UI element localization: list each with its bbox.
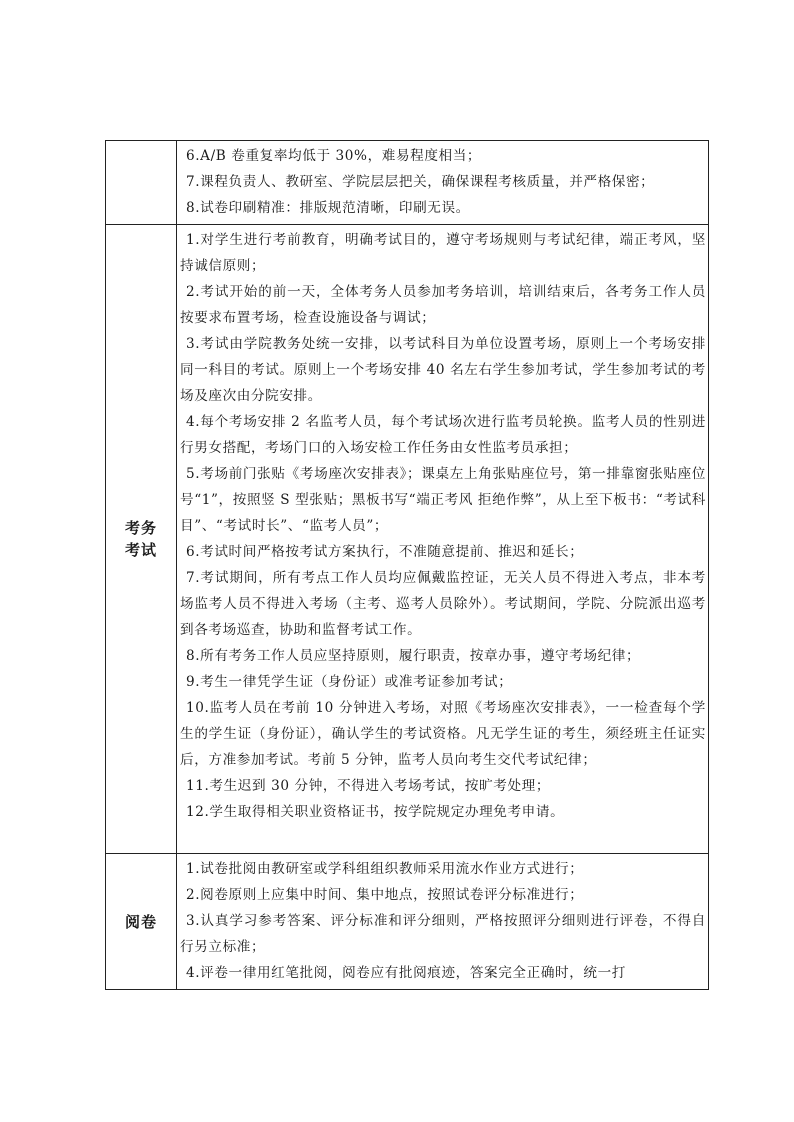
list-item: 4.评卷一律用红笔批阅，阅卷应有批阅痕迹，答案完全正确时，统一打 (180, 960, 706, 986)
table-row-grading: 阅卷 1.试卷批阅由教研室或学科组组织教师采用流水作业方式进行； 2.阅卷原则上… (106, 854, 709, 990)
list-item: 5.考场前门张贴《考场座次安排表》；课桌左上角张贴座位号，第一排靠窗张贴座位号“… (180, 461, 706, 539)
row-label-line: 考试 (106, 539, 176, 561)
list-item: 1.对学生进行考前教育，明确考试目的，遵守考场规则与考试纪律，端正考风，坚持诚信… (180, 227, 706, 279)
table-row-paper-preparation: 6.A/B 卷重复率均低于 30%，难易程度相当； 7.课程负责人、教研室、学院… (106, 141, 709, 225)
table-row-exam-affairs: 考务 考试 1.对学生进行考前教育，明确考试目的，遵守考场规则与考试纪律，端正考… (106, 225, 709, 854)
row-label-exam-affairs: 考务 考试 (106, 225, 177, 854)
list-item: 12.学生取得相关职业资格证书，按学院规定办理免考申请。 (180, 799, 706, 825)
row-content: 6.A/B 卷重复率均低于 30%，难易程度相当； 7.课程负责人、教研室、学院… (177, 141, 709, 225)
list-item: 2.考试开始的前一天，全体考务人员参加考务培训，培训结束后，各考务工作人员按要求… (180, 279, 706, 331)
list-item: 3.认真学习参考答案、评分标准和评分细则，严格按照评分细则进行评卷，不得自行另立… (180, 908, 706, 960)
row-label-line: 考务 (106, 517, 176, 539)
row-content: 1.对学生进行考前教育，明确考试目的，遵守考场规则与考试纪律，端正考风，坚持诚信… (177, 225, 709, 854)
row-label-empty (106, 141, 177, 225)
exam-procedure-table: 6.A/B 卷重复率均低于 30%，难易程度相当； 7.课程负责人、教研室、学院… (105, 140, 709, 990)
list-item: 11.考生迟到 30 分钟，不得进入考场考试，按旷考处理； (180, 773, 706, 799)
list-item: 6.考试时间严格按考试方案执行，不准随意提前、推迟和延长； (180, 539, 706, 565)
list-item: 1.试卷批阅由教研室或学科组组织教师采用流水作业方式进行； (180, 856, 706, 882)
list-item: 4.每个考场安排 2 名监考人员，每个考试场次进行监考员轮换。监考人员的性别进行… (180, 409, 706, 461)
list-item: 8.试卷印刷精准：排版规范清晰，印刷无误。 (180, 195, 706, 221)
list-item: 10.监考人员在考前 10 分钟进入考场，对照《考场座次安排表》，一一检查每个学… (180, 695, 706, 773)
list-item: 3.考试由学院教务处统一安排，以考试科目为单位设置考场，原则上一个考场安排同一科… (180, 331, 706, 409)
list-item: 8.所有考务工作人员应坚持原则，履行职责，按章办事，遵守考场纪律； (180, 643, 706, 669)
row-content: 1.试卷批阅由教研室或学科组组织教师采用流水作业方式进行； 2.阅卷原则上应集中… (177, 854, 709, 990)
list-item: 6.A/B 卷重复率均低于 30%，难易程度相当； (180, 143, 706, 169)
list-item: 9.考生一律凭学生证（身份证）或准考证参加考试； (180, 669, 706, 695)
list-item: 7.考试期间，所有考点工作人员均应佩戴监控证，无关人员不得进入考点，非本考场监考… (180, 565, 706, 643)
document-page: 6.A/B 卷重复率均低于 30%，难易程度相当； 7.课程负责人、教研室、学院… (0, 0, 794, 1122)
list-item: 2.阅卷原则上应集中时间、集中地点，按照试卷评分标准进行； (180, 882, 706, 908)
row-label-grading: 阅卷 (106, 854, 177, 990)
row-label-line: 阅卷 (106, 911, 176, 933)
list-item: 7.课程负责人、教研室、学院层层把关，确保课程考核质量，并严格保密； (180, 169, 706, 195)
